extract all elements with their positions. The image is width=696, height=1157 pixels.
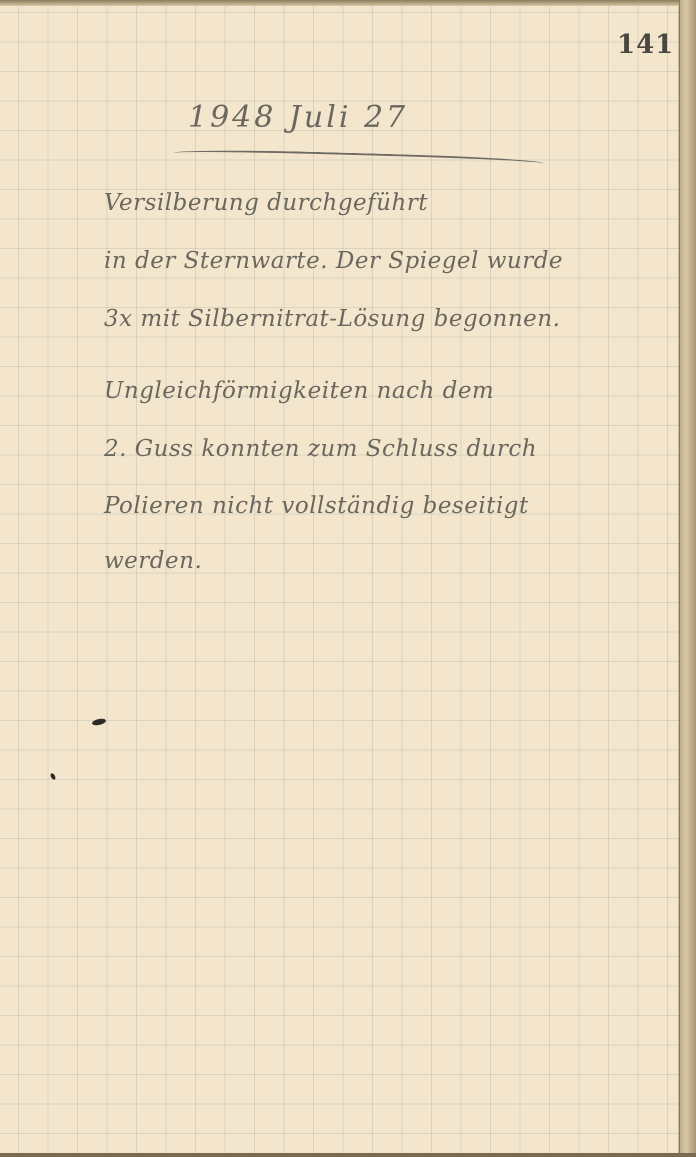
body-line: in der Sternwarte. Der Spiegel wurde (104, 248, 563, 274)
body-line: Ungleichförmigkeiten nach dem (104, 378, 494, 404)
entry-date: 1948 Juli 27 (188, 100, 408, 135)
body-line: Versilberung durchgeführt (104, 190, 428, 216)
ink-spot (50, 772, 57, 780)
body-line: werden. (104, 548, 202, 574)
body-line: 2. Guss konnten zum Schluss durch (104, 436, 537, 462)
ink-spot (92, 718, 107, 727)
page-number: 141 (617, 30, 674, 60)
page-bottom-edge (0, 1153, 696, 1157)
body-line: Polieren nicht vollständig beseitigt (104, 493, 529, 519)
body-line: 3x mit Silbernitrat-Lösung begonnen. (104, 306, 560, 332)
page-top-edge (0, 0, 696, 6)
date-underline (174, 148, 544, 163)
notebook-page: 141 1948 Juli 27 Versilberung durchgefüh… (0, 0, 680, 1157)
notebook-binding-edge (679, 0, 696, 1157)
